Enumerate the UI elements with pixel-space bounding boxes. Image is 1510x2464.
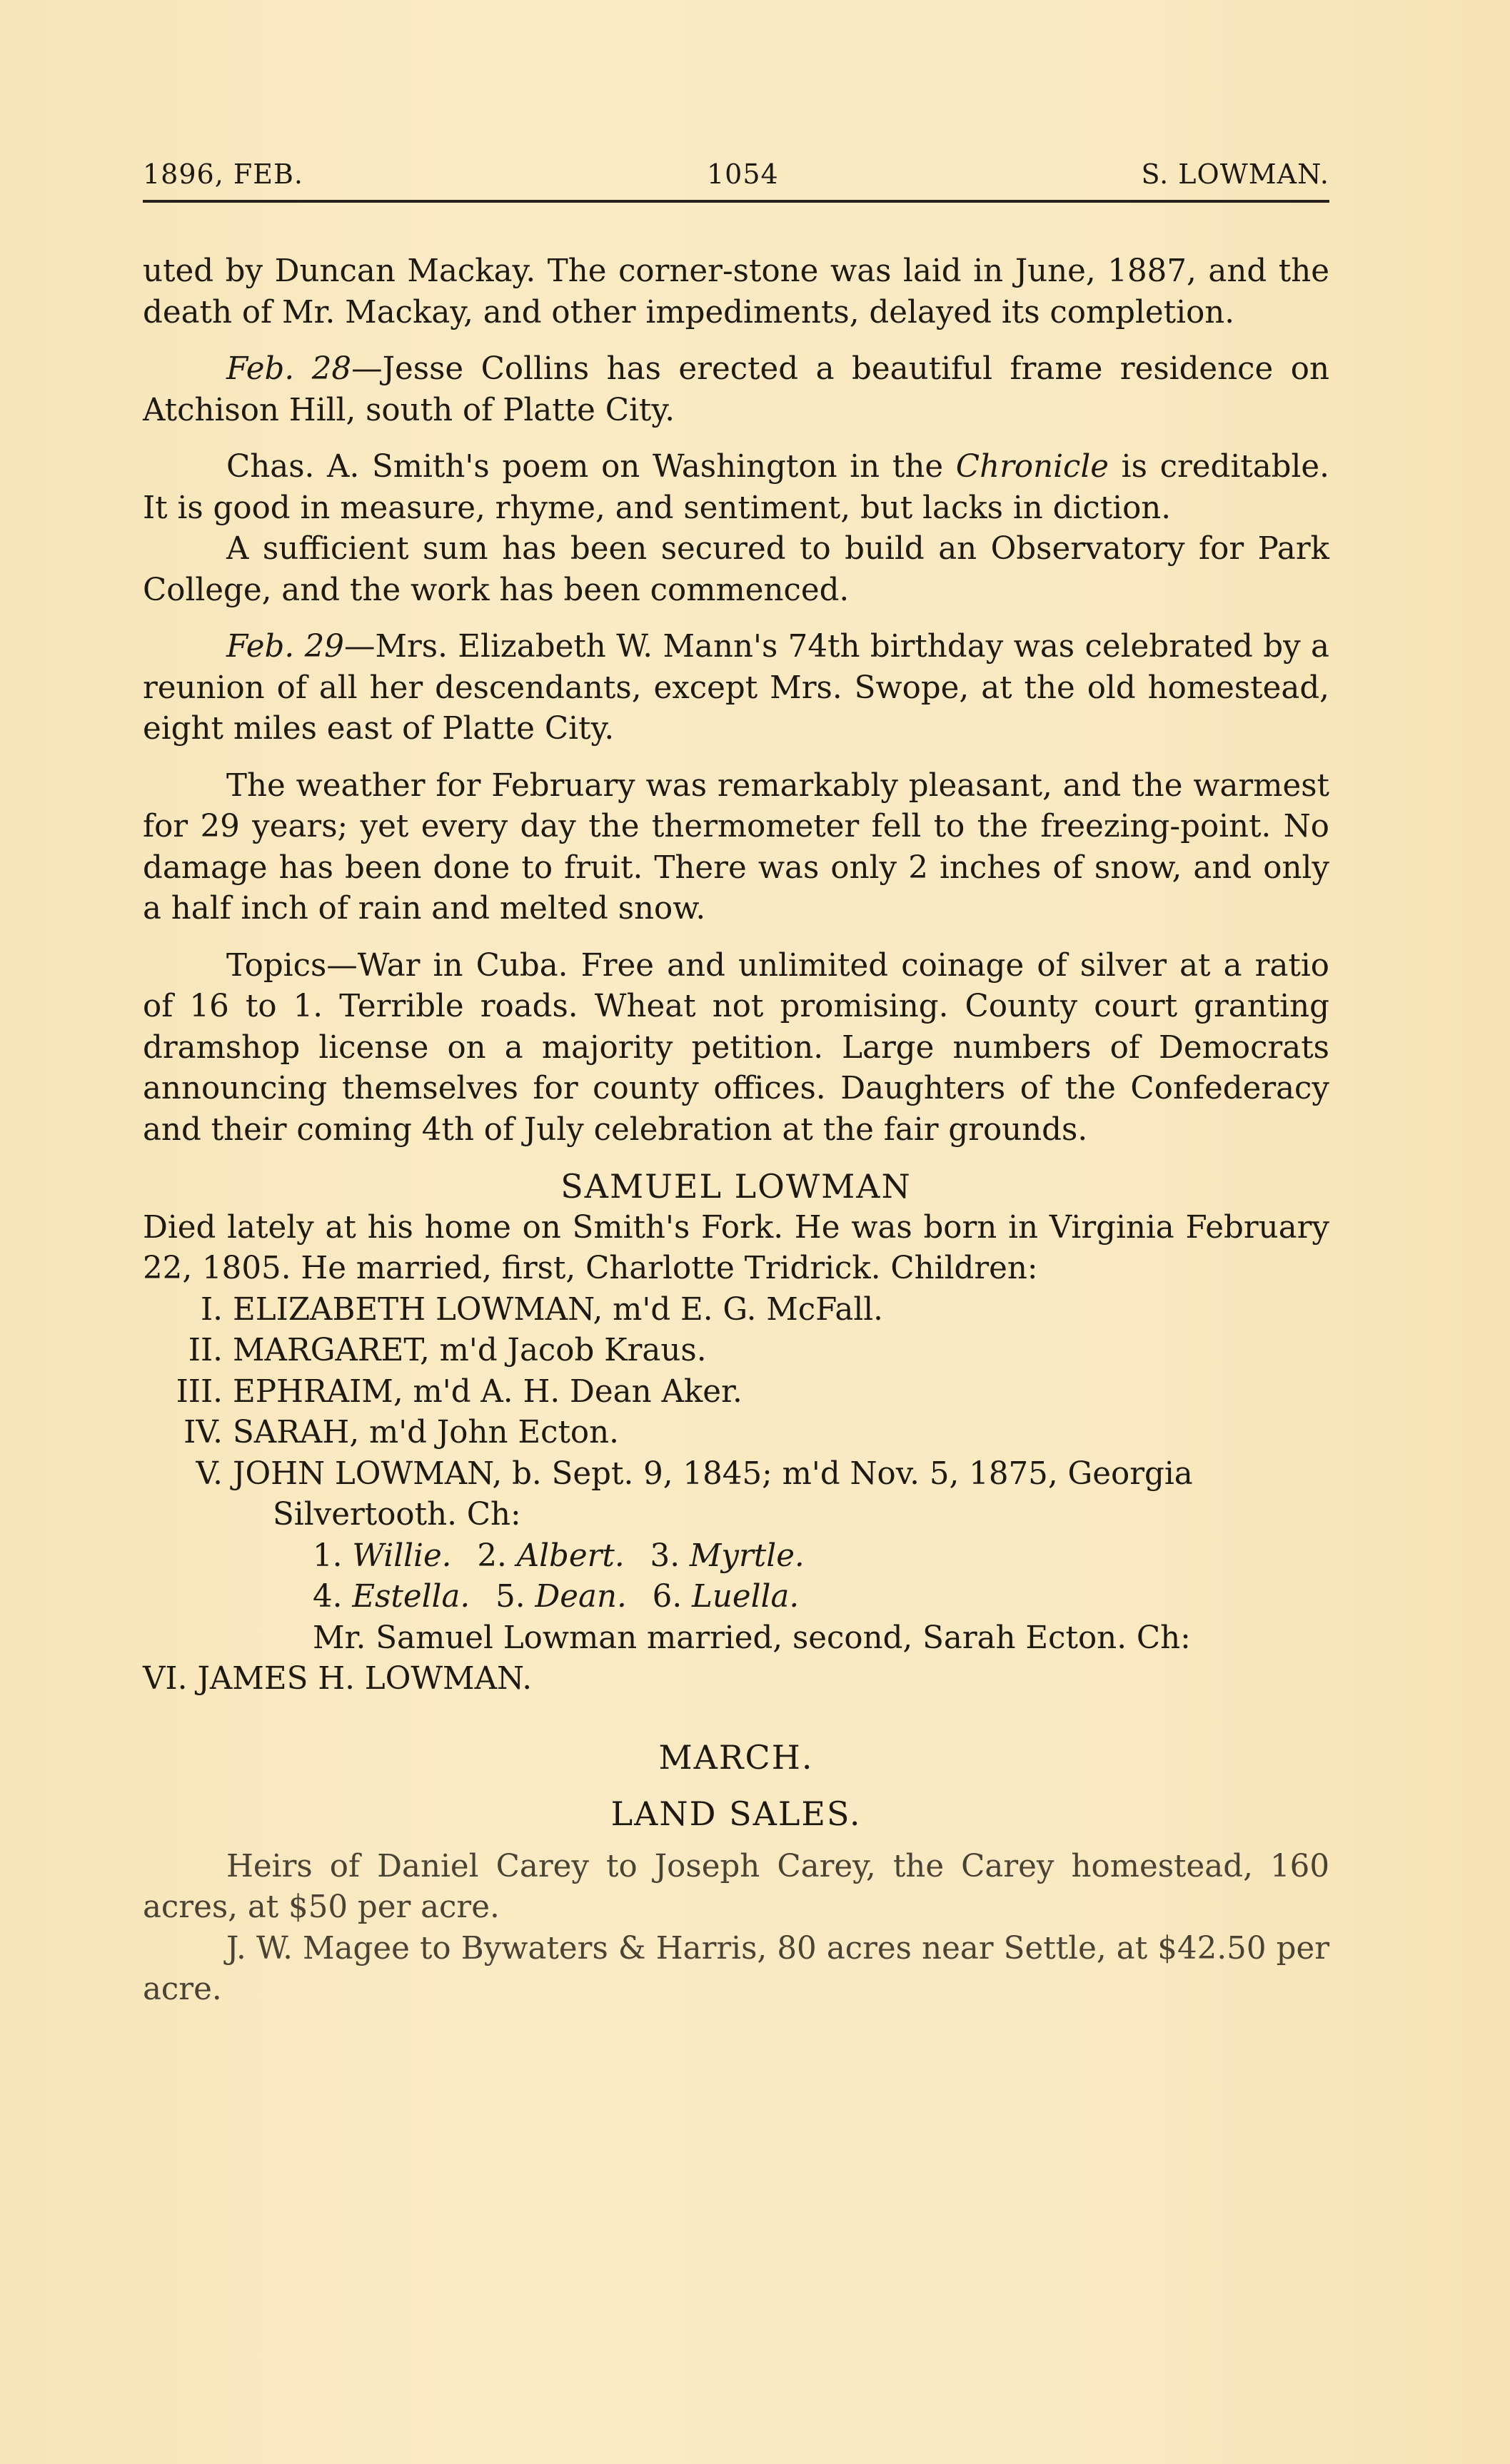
child-entry-continuation: Silvertooth. Ch: bbox=[143, 1495, 1329, 1536]
header-title: S. LOWMAN. bbox=[1141, 158, 1329, 190]
grandchild-name: Albert. bbox=[517, 1538, 625, 1574]
child-text: JOHN LOWMAN, b. Sept. 9, 1845; m'd Nov. … bbox=[233, 1456, 1193, 1492]
grandchild-name: Estella. bbox=[352, 1579, 470, 1615]
grandchild-name: Luella. bbox=[692, 1579, 799, 1615]
paragraph-observatory: A sufficient sum has been secured to bui… bbox=[143, 529, 1329, 611]
grandchild-number: 5. bbox=[495, 1579, 525, 1615]
month-heading: MARCH. bbox=[143, 1737, 1329, 1779]
child-text: SARAH, m'd John Ecton. bbox=[233, 1415, 619, 1450]
child-numeral: I. bbox=[143, 1290, 233, 1331]
child-numeral: III. bbox=[143, 1372, 233, 1413]
child-numeral: V. bbox=[143, 1454, 233, 1495]
paragraph-feb-29: Feb. 29—Mrs. Elizabeth W. Mann's 74th bi… bbox=[143, 627, 1329, 750]
date-feb-28: Feb. 28 bbox=[226, 351, 351, 387]
child-numeral: IV. bbox=[143, 1413, 233, 1454]
grandchild-name: Dean. bbox=[535, 1579, 626, 1615]
paragraph-mackay: uted by Duncan Mackay. The corner-stone … bbox=[143, 251, 1329, 333]
grandchild: 5. Dean. bbox=[495, 1579, 627, 1615]
grandchild-number: 2. bbox=[477, 1538, 507, 1574]
land-sale-entry: J. W. Magee to Bywaters & Harris, 80 acr… bbox=[143, 1929, 1329, 2011]
land-sale-entry: Heirs of Daniel Carey to Joseph Carey, t… bbox=[143, 1847, 1329, 1929]
header-date: 1896, FEB. bbox=[143, 158, 303, 190]
grandchild: 3. Myrtle. bbox=[650, 1538, 805, 1574]
grandchild-number: 1. bbox=[313, 1538, 343, 1574]
child-numeral: II. bbox=[143, 1331, 233, 1372]
paragraph-smith-poem: Chas. A. Smith's poem on Washington in t… bbox=[143, 447, 1329, 529]
chronicle-title: Chronicle bbox=[956, 449, 1109, 485]
grandchild: 6. Luella. bbox=[653, 1579, 800, 1615]
paragraph-feb-28: Feb. 28—Jesse Collins has erected a beau… bbox=[143, 349, 1329, 431]
grandchild: 1. Willie. bbox=[313, 1538, 452, 1574]
paragraph-smith-poem-a: Chas. A. Smith's poem on Washington in t… bbox=[226, 449, 956, 485]
header-rule bbox=[143, 200, 1329, 203]
grandchild: 2. Albert. bbox=[477, 1538, 624, 1574]
child-text: JAMES H. LOWMAN. bbox=[197, 1661, 532, 1697]
grandchildren-row: 1. Willie. 2. Albert. 3. Myrtle. bbox=[143, 1536, 1329, 1577]
obituary-heading: SAMUEL LOWMAN bbox=[143, 1166, 1329, 1208]
child-numeral: VI. bbox=[143, 1659, 197, 1700]
grandchild-name: Willie. bbox=[352, 1538, 451, 1574]
paragraph-weather: The weather for February was remarkably … bbox=[143, 766, 1329, 930]
grandchild-name: Myrtle. bbox=[690, 1538, 805, 1574]
grandchild-number: 3. bbox=[650, 1538, 680, 1574]
paragraph-topics: Topics—War in Cuba. Free and unlimited c… bbox=[143, 946, 1329, 1151]
page-number: 1054 bbox=[707, 158, 779, 190]
child-entry: III.EPHRAIM, m'd A. H. Dean Aker. bbox=[143, 1372, 1329, 1413]
obituary-intro: Died lately at his home on Smith's Fork.… bbox=[143, 1208, 1329, 1290]
date-feb-29: Feb. 29 bbox=[226, 629, 344, 665]
grandchild-number: 6. bbox=[653, 1579, 683, 1615]
child-entry: IV.SARAH, m'd John Ecton. bbox=[143, 1413, 1329, 1454]
section-heading-land-sales: LAND SALES. bbox=[143, 1794, 1329, 1835]
child-entry: II.MARGARET, m'd Jacob Kraus. bbox=[143, 1331, 1329, 1372]
grandchild-number: 4. bbox=[313, 1579, 343, 1615]
grandchild: 4. Estella. bbox=[313, 1579, 470, 1615]
child-text: MARGARET, m'd Jacob Kraus. bbox=[233, 1333, 707, 1368]
child-entry: V.JOHN LOWMAN, b. Sept. 9, 1845; m'd Nov… bbox=[143, 1454, 1329, 1495]
child-text: EPHRAIM, m'd A. H. Dean Aker. bbox=[233, 1374, 743, 1410]
body-text: uted by Duncan Mackay. The corner-stone … bbox=[143, 251, 1329, 2011]
grandchildren-row: 4. Estella. 5. Dean. 6. Luella. bbox=[143, 1577, 1329, 1618]
second-marriage-note: Mr. Samuel Lowman married, second, Sarah… bbox=[143, 1618, 1329, 1660]
child-entry: I.ELIZABETH LOWMAN, m'd E. G. McFall. bbox=[143, 1290, 1329, 1331]
child-text: ELIZABETH LOWMAN, m'd E. G. McFall. bbox=[233, 1292, 883, 1328]
running-head: 1896, FEB. 1054 S. LOWMAN. bbox=[143, 158, 1329, 194]
child-entry: VI.JAMES H. LOWMAN. bbox=[143, 1659, 1329, 1700]
